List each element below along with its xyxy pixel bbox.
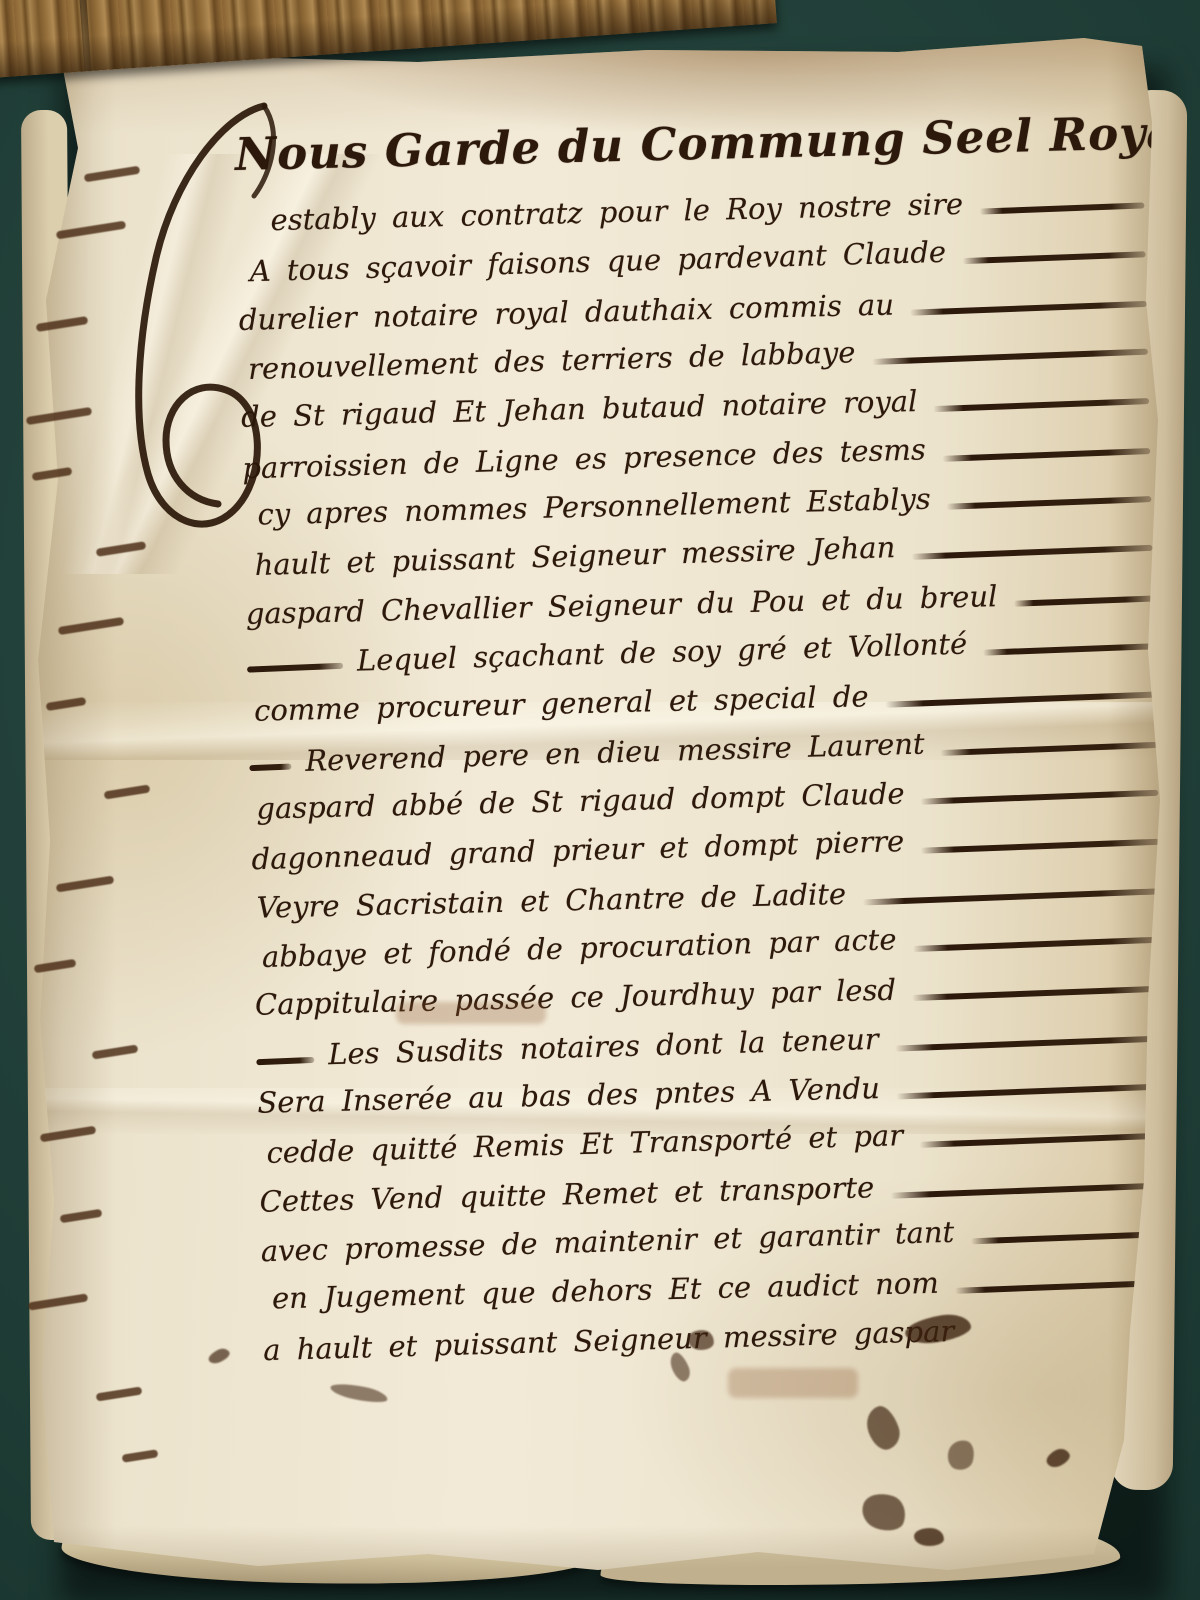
manuscript-line-text: gaspard Chevallier Seigneur du Pou et du…	[245, 579, 997, 631]
manuscript-page: Nous Garde du Commung Seel Royal estably…	[38, 34, 1162, 1580]
manuscript-line-text: en Jugement que dehors Et ce audict nom	[272, 1265, 940, 1315]
body-lines: estably aux contratz pour le Roy nostre …	[236, 174, 1175, 1371]
ink-ghost-smudge	[728, 1368, 858, 1398]
manuscript-line-text: gaspard abbé de St rigaud dompt Claude	[256, 776, 905, 825]
leading-filler-stroke	[249, 763, 291, 771]
manuscript-line-text: comme procureur general et special de	[254, 679, 869, 727]
manuscript-line-text: abbaye et fondé de procuration par acte	[261, 922, 896, 974]
line-filler-stroke	[910, 300, 1147, 315]
manuscript-line-text: de St rigaud Et Jehan butaud notaire roy…	[241, 383, 918, 433]
line-filler-stroke	[896, 1083, 1165, 1099]
manuscript-line-text: cy apres nommes Personnellement Establys	[257, 481, 931, 531]
manuscript-line-text: estably aux contratz pour le Roy nostre …	[270, 186, 963, 236]
manuscript-line-text: durelier notaire royal dauthaix commis a…	[238, 287, 894, 336]
line-filler-stroke	[885, 691, 1156, 707]
manuscript-line-text: Cappitulaire passée ce Jourdhuy par lesd	[255, 972, 897, 1021]
manuscript-line-text: Sera Inserée au bas des pntes A Vendu	[257, 1071, 880, 1120]
line-filler-stroke	[962, 251, 1146, 264]
line-filler-stroke	[913, 936, 1162, 951]
wood-plank-joint	[76, 0, 92, 71]
manuscript-line-text: a hault et puissant Seigneur messire gas…	[263, 1313, 955, 1366]
line-filler-stroke	[920, 838, 1159, 853]
line-filler-stroke	[890, 1182, 1167, 1198]
line-filler-stroke	[933, 398, 1149, 412]
manuscript-line-text: Cettes Vend quitte Remet et transporte	[259, 1170, 874, 1218]
heading-text: Nous Garde du Commung Seel Royal	[234, 105, 1195, 181]
line-filler-stroke	[1013, 595, 1153, 606]
line-filler-stroke	[921, 789, 1159, 804]
opening-initial-flourish	[114, 88, 304, 588]
manuscript-line-text: renouvellement des terriers de labbaye	[248, 335, 856, 386]
manuscript-line-text: Lequel sçachant de soy gré et Vollonté	[356, 626, 967, 677]
manuscript-line-text: Reverend pere en dieu messire Laurent	[305, 726, 925, 777]
manuscript-line-text: dagonneaud grand prieur et dompt pierre	[251, 823, 905, 875]
line-filler-stroke	[947, 496, 1152, 510]
manuscript-line-text: A tous sçavoir faisons que pardevant Cla…	[249, 234, 946, 287]
line-filler-stroke	[895, 1035, 1164, 1051]
line-filler-stroke	[979, 202, 1144, 214]
line-filler-stroke	[912, 985, 1163, 1000]
line-filler-stroke	[862, 888, 1160, 905]
manuscript-text: Nous Garde du Commung Seel Royal estably…	[234, 91, 1175, 1372]
leading-filler-stroke	[256, 1056, 314, 1064]
leading-filler-stroke	[247, 662, 343, 672]
manuscript-line-text: parroissien de Ligne es presence des tes…	[242, 432, 926, 485]
manuscript-line-text: Veyre Sacristain et Chantre de Ladite	[256, 876, 846, 924]
line-filler-stroke	[919, 1132, 1166, 1147]
line-filler-stroke	[872, 348, 1148, 364]
manuscript-line-text: cedde quitté Remis Et Transporté et par	[266, 1118, 903, 1170]
manuscript-line-text: hault et puissant Seigneur messire Jehan	[254, 530, 895, 582]
photograph: Nous Garde du Commung Seel Royal estably…	[0, 0, 1200, 1600]
line-filler-stroke	[911, 544, 1152, 559]
manuscript-line-text: Les Susdits notaires dont la teneur	[328, 1021, 879, 1070]
line-filler-stroke	[942, 448, 1150, 462]
ink-ghost-smudge	[396, 1002, 546, 1024]
line-filler-stroke	[983, 643, 1155, 655]
line-filler-stroke	[941, 741, 1158, 755]
